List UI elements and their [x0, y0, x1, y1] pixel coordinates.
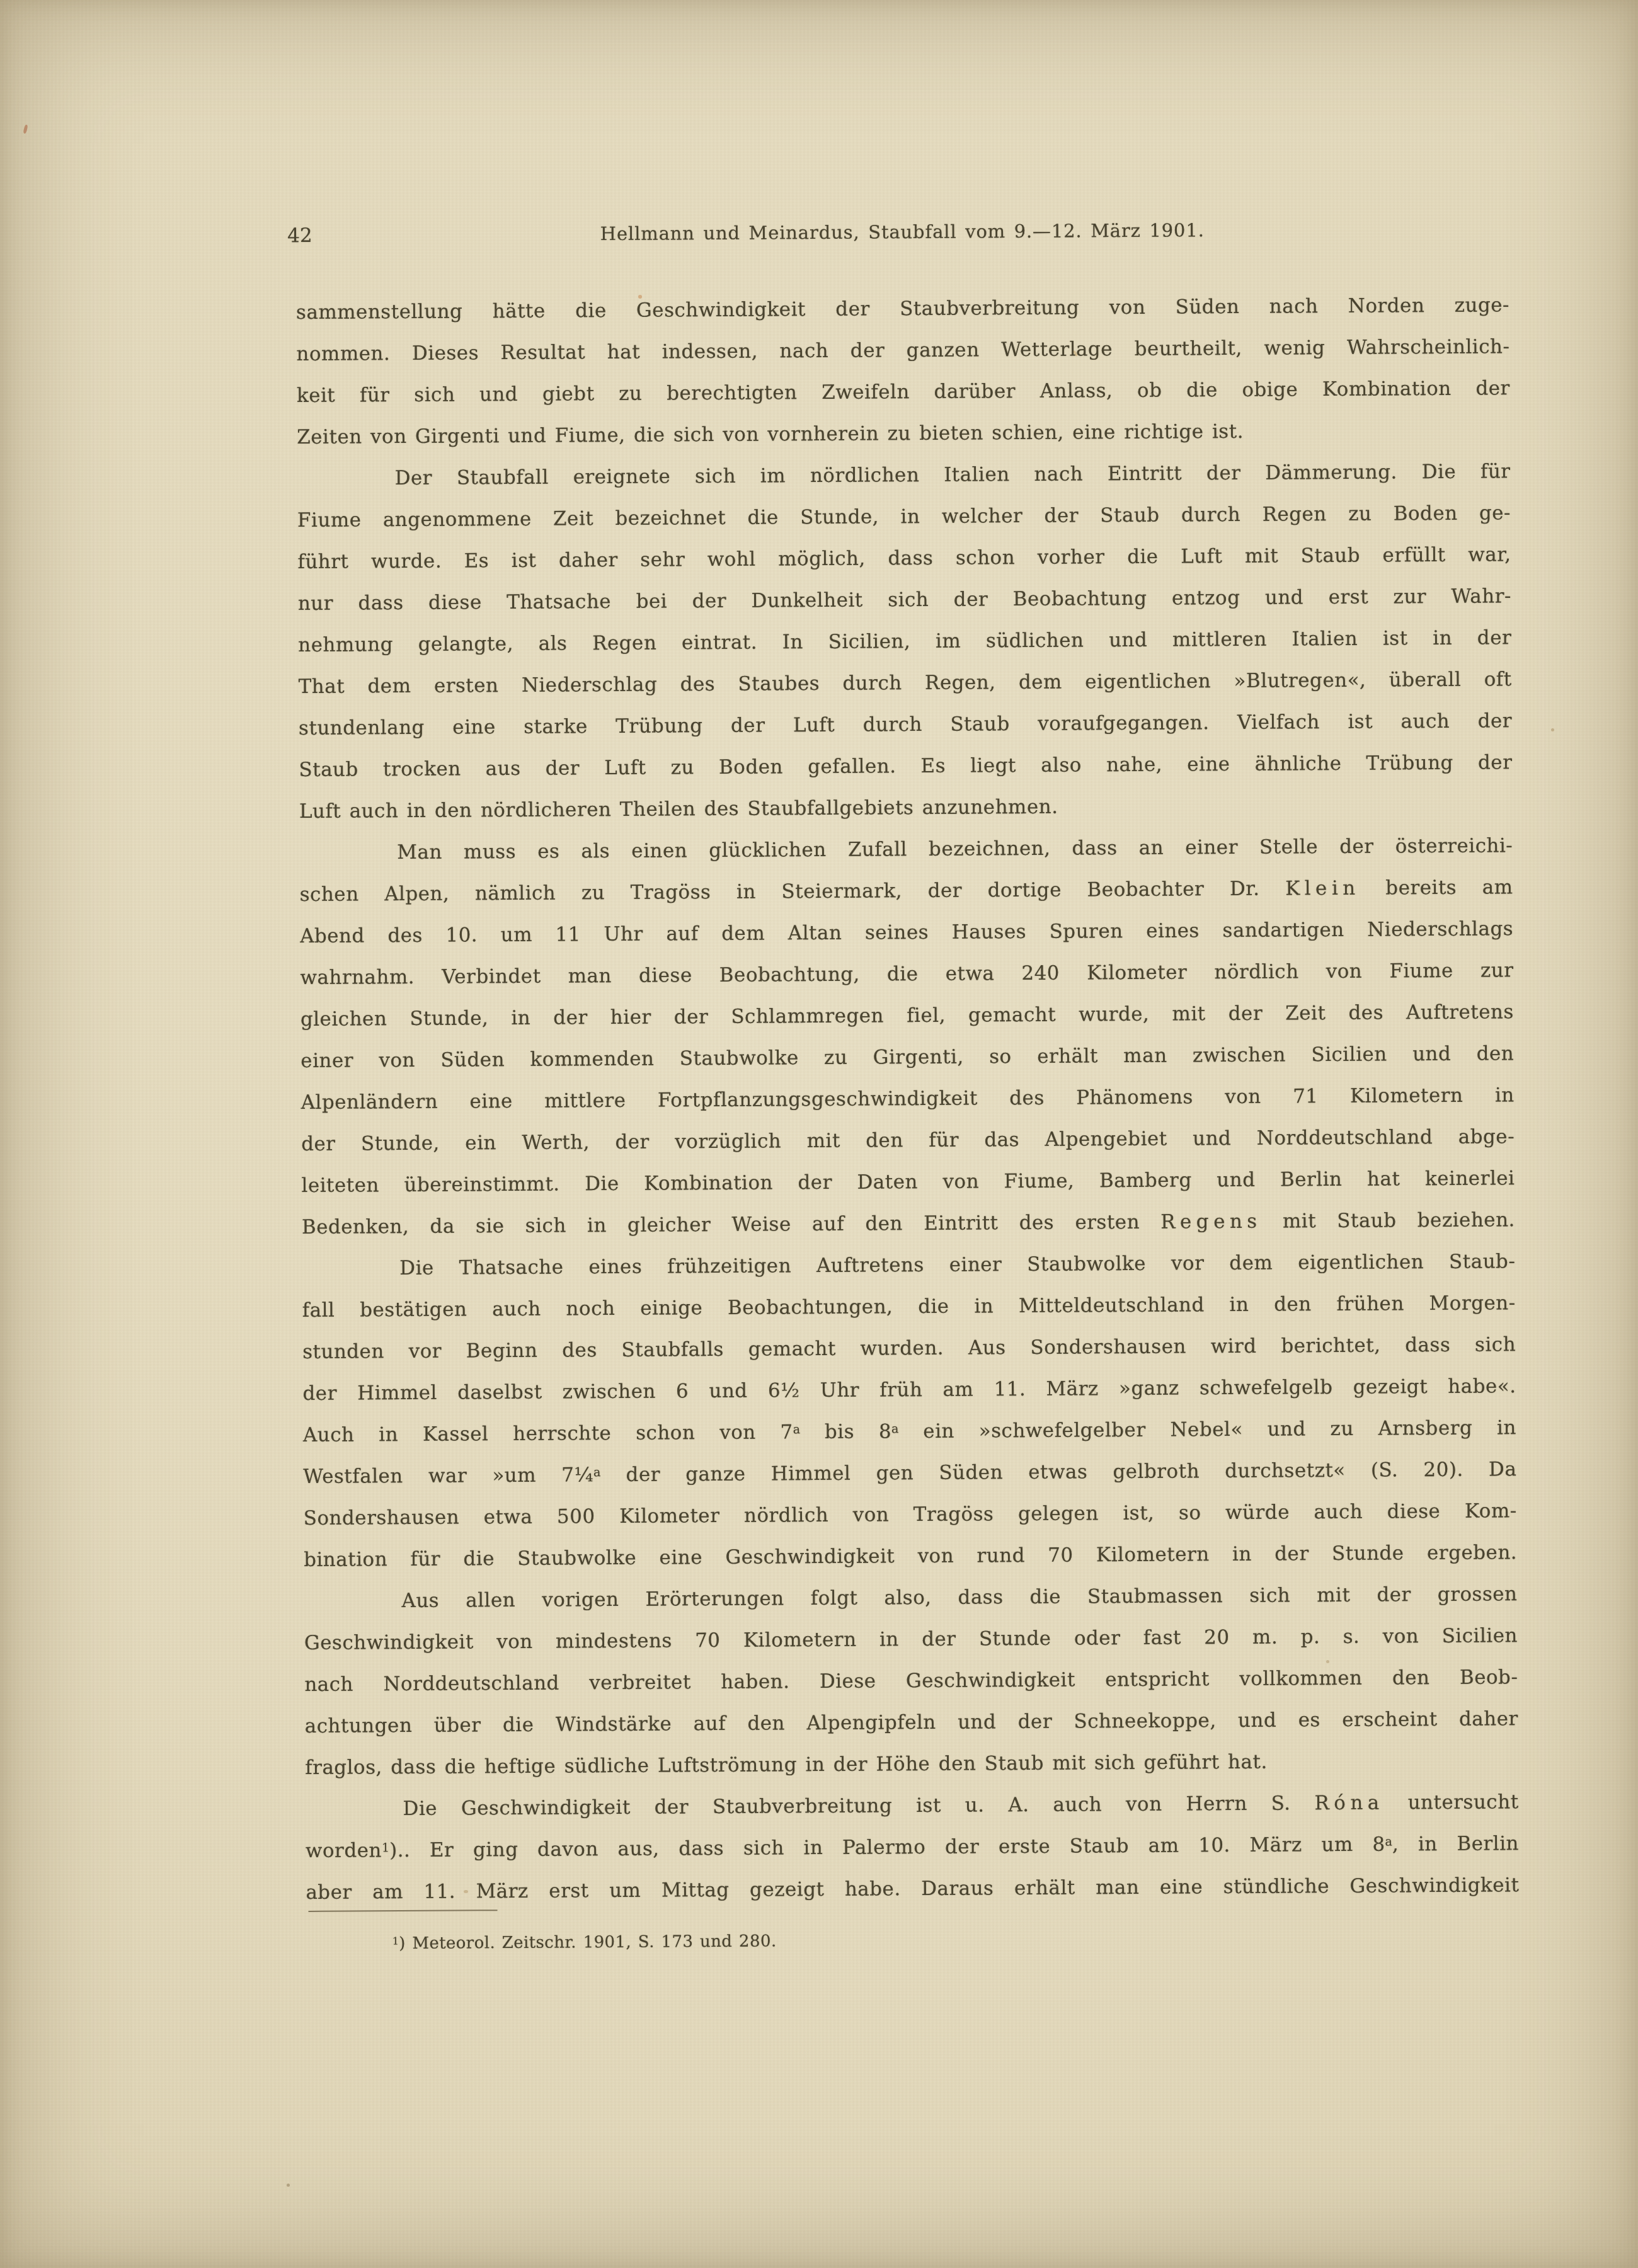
text-line: worden1).. Er ging davon aus, dass sich … — [306, 1823, 1519, 1872]
text-line: Bedenken, da sie sich in gleicher Weise … — [302, 1199, 1515, 1248]
text-line: Abend des 10. um 11 Uhr auf dem Altan se… — [300, 908, 1513, 957]
text-line: bination für die Staubwolke eine Geschwi… — [304, 1532, 1517, 1581]
text-line: Fiume angenommene Zeit bezeichnet die St… — [297, 492, 1511, 541]
footnote-text: 1) Meteorol. Zeitschr. 1901, S. 173 und … — [392, 1928, 777, 1957]
text-line: sammenstellung hätte die Geschwindigkeit… — [296, 284, 1509, 333]
text-line: That dem ersten Niederschlag des Staubes… — [298, 658, 1511, 707]
paragraph: Die Geschwindigkeit der Staubverbreitung… — [305, 1781, 1519, 1913]
text-line: Luft auch in den nördlicheren Theilen de… — [299, 783, 1513, 832]
text-line: Aus allen vorigen Erörterungen folgt als… — [304, 1573, 1517, 1622]
text-line: Die Geschwindigkeit der Staubverbreitung… — [305, 1781, 1518, 1830]
text-line: der Stunde, ein Werth, der vorzüglich mi… — [301, 1116, 1515, 1165]
text-line: Zeiten von Girgenti und Fiume, die sich … — [297, 409, 1510, 458]
text-line: fall bestätigen auch noch einige Beobach… — [302, 1282, 1515, 1331]
text-line: aber am 11. März erst um Mittag gezeigt … — [306, 1864, 1519, 1913]
text-line: Staub trocken aus der Luft zu Boden gefa… — [299, 742, 1512, 791]
text-line: gleichen Stunde, in der hier der Schlamm… — [301, 991, 1514, 1040]
text-line: einer von Süden kommenden Staubwolke zu … — [301, 1033, 1514, 1082]
text-line: Der Staubfall ereignete sich im nördlich… — [297, 450, 1510, 500]
text-line: nehmung gelangte, als Regen eintrat. In … — [298, 617, 1511, 666]
text-line: Man muss es als einen glücklichen Zufall… — [299, 825, 1513, 874]
text-line: fraglos, dass die heftige südliche Lufts… — [305, 1739, 1518, 1789]
text-line: Sondershausen etwa 500 Kilometer nördlic… — [304, 1490, 1517, 1539]
text-line: führt wurde. Es ist daher sehr wohl mögl… — [297, 534, 1511, 583]
paragraph: Der Staubfall ereignete sich im nördlich… — [297, 450, 1513, 832]
body-text: sammenstellung hätte die Geschwindigkeit… — [296, 284, 1520, 1913]
text-line: Alpenländern eine mittlere Fortpflanzung… — [301, 1074, 1514, 1123]
text-line: Geschwindigkeit von mindestens 70 Kilome… — [304, 1615, 1518, 1664]
text-line: Westfalen war »um 7¼a der ganze Himmel g… — [303, 1448, 1516, 1498]
text-line: stunden vor Beginn des Staubfalls gemach… — [302, 1324, 1516, 1373]
text-line: Die Thatsache eines frühzeitigen Auftret… — [302, 1240, 1515, 1290]
text-line: nommen. Dieses Resultat hat indessen, na… — [296, 326, 1509, 375]
text-line: nur dass diese Thatsache bei der Dunkelh… — [298, 575, 1511, 624]
scanned-page: 42 Hellmann und Meinardus, Staubfall vom… — [0, 0, 1638, 2268]
text-line: Auch in Kassel herrschte schon von 7a bi… — [303, 1407, 1516, 1456]
paragraph: Die Thatsache eines frühzeitigen Auftret… — [302, 1240, 1517, 1581]
text-line: wahrnahm. Verbindet man diese Beobachtun… — [300, 949, 1513, 999]
running-header: Hellmann und Meinardus, Staubfall vom 9.… — [295, 207, 1509, 256]
text-line: der Himmel daselbst zwischen 6 und 6½ Uh… — [302, 1365, 1516, 1414]
text-line: leiteten übereinstimmt. Die Kombination … — [301, 1157, 1515, 1206]
text-line: schen Alpen, nämlich zu Tragöss in Steie… — [299, 866, 1513, 915]
paragraph: Aus allen vorigen Erörterungen folgt als… — [304, 1573, 1518, 1789]
text-line: keit für sich und giebt zu berechtigten … — [297, 367, 1510, 416]
text-line: stundenlang eine starke Trübung der Luft… — [299, 700, 1512, 749]
text-line: achtungen über die Windstärke auf den Al… — [305, 1698, 1518, 1747]
paragraph: Man muss es als einen glücklichen Zufall… — [299, 825, 1515, 1248]
paragraph: sammenstellung hätte die Geschwindigkeit… — [296, 284, 1511, 458]
page-content: 42 Hellmann und Meinardus, Staubfall vom… — [0, 0, 1638, 2268]
text-line: nach Norddeutschland verbreitet haben. D… — [304, 1656, 1518, 1705]
